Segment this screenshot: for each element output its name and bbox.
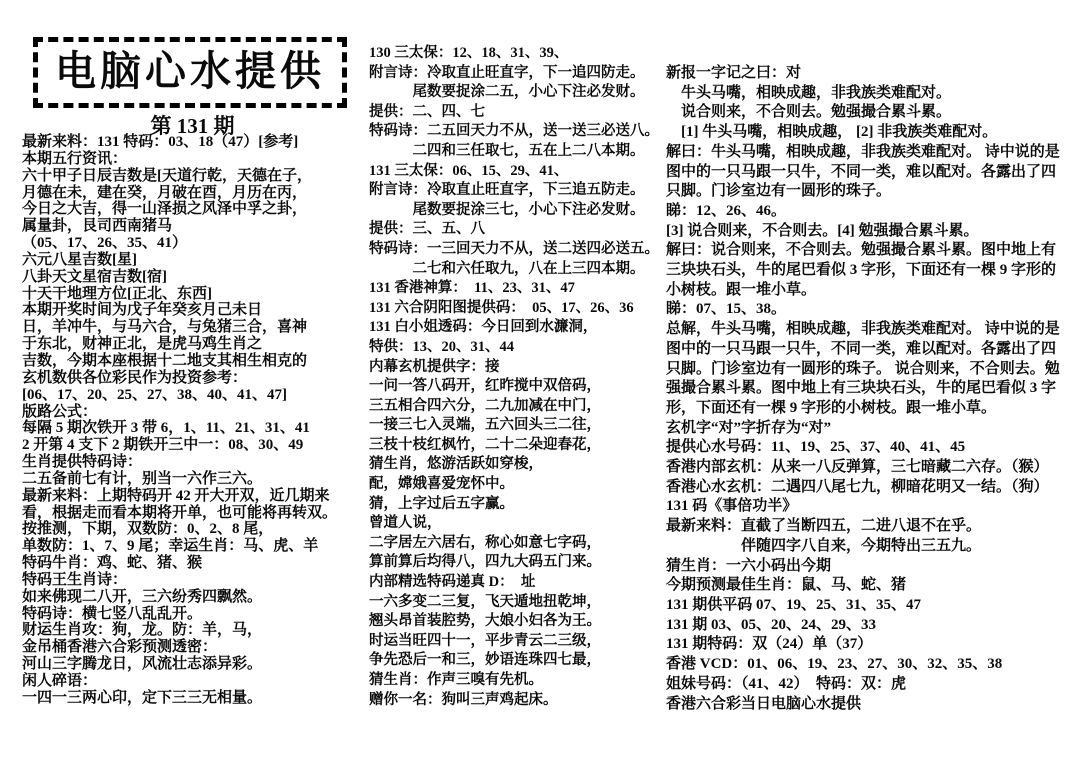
text-line: 二字居左六居右，称心如意七字码， [369, 534, 667, 554]
text-line: 今日之大吉，得一山泽损之风泽中孚之卦， [22, 201, 370, 218]
text-line: [3] 说合则来，不合则去。[4] 勉强撮合累斗累。 [666, 222, 1078, 242]
text-line: 如来佛现二八开，三六纷秀四飘然。 [22, 589, 370, 606]
text-line: 月德在未，建在癸，月破在酉，月历在丙， [22, 185, 370, 202]
text-line: 形，下面还有一棵 9 字形的小树枝。跟一堆小草。 [666, 399, 1078, 419]
text-line: 于东北，财神正北，是虎马鸡生肖之 [22, 336, 370, 353]
text-line: 按推测，下期，双数防：0、2、8 尾， [22, 521, 370, 538]
text-line: 强撮合累斗累。图中地上有三块块石头，牛的尾巴看似 3 字 [666, 379, 1078, 399]
text-line: 一四一三两心印，定下三三无相量。 [22, 690, 370, 707]
text-line: 河山三字腾龙日，风流壮志添异彩。 [22, 656, 370, 673]
text-line: 玄机字“对”字折存为“对” [666, 419, 1078, 439]
text-line: 六元八星吉数[星] [22, 252, 370, 269]
text-line: 三五相合四六分，二九加减在中门， [369, 397, 667, 417]
text-line: 猜，上字过后五字赢。 [369, 495, 667, 515]
text-line: 一接三七入灵端，五六回头三二往， [369, 416, 667, 436]
text-line: 最新来料：131 特码：03、18（47）[参考] [22, 134, 370, 151]
text-line: 内幕玄机提供字：接 [369, 358, 667, 378]
text-line: 二七和六任取九，八在上三四本期。 [369, 260, 667, 280]
text-line: 猜生肖，悠游活跃如穿梭， [369, 455, 667, 475]
left-column: 最新来料：131 特码：03、18（47）[参考]本期五行资讯：六十甲子日辰吉数… [22, 134, 370, 707]
page-title: 电脑心水提供 [55, 48, 325, 94]
text-line: 生肖提供特码诗： [22, 454, 370, 471]
text-line: 姐妹号码：（41、42） 特码：双：虎 [666, 675, 1078, 695]
text-line: 香港六合彩当日电脑心水提供 [666, 695, 1078, 715]
text-line: 131 期 03、05、20、24、29、33 [666, 616, 1078, 636]
text-line: 二五备前七有计，别当一六作三六。 [22, 471, 370, 488]
text-line: 属量卦，艮司西南猪马 [22, 218, 370, 235]
text-line: 特码诗：二五回天力不从，送一送三必送八。 [369, 122, 667, 142]
text-line: 图中的一只马跟一只牛，不同一类，难以配对。各露出了四 [666, 163, 1078, 183]
masthead-box: 电脑心水提供 [33, 37, 347, 108]
text-line: 解曰：牛头马嘴，相映成趣，非我族类难配对。 诗中说的是 [666, 143, 1078, 163]
text-line: 提供：二、四、七 [369, 103, 667, 123]
text-line: 小树枝。跟一堆小草。 [666, 281, 1078, 301]
text-line: 131 期特码：双（24）单（37） [666, 635, 1078, 655]
text-line: 说合则来，不合则去。勉强撮合累斗累。 [666, 103, 1078, 123]
text-line: 131 码《事倍功半》 [666, 497, 1078, 517]
right-column: 新报一字记之曰：对 牛头马嘴，相映成趣，非我族类难配对。 说合则来，不合则去。勉… [666, 64, 1078, 714]
text-line: 香港内部玄机：从来一八反弹算，三七暗藏二六存。（猴） [666, 458, 1078, 478]
text-line: 特码诗：横七竖八乱乱开。 [22, 606, 370, 623]
text-line: 伴随四字八自来，今期特出三五九。 [666, 537, 1078, 557]
text-line: 玄机数供各位彩民作为投资参考： [22, 370, 370, 387]
text-line: 131 期供平码 07、19、25、31、35、47 [666, 596, 1078, 616]
text-line: 特码诗：一三回天力不从，送二送四必送五。 [369, 240, 667, 260]
text-line: 日，羊冲牛，与马六合，与兔猪三合，喜神 [22, 319, 370, 336]
text-line: 最新来料：直截了当断四五，二进八退不在乎。 [666, 517, 1078, 537]
text-line: [06、17、20、25、27、38、40、41、47] [22, 387, 370, 404]
text-line: 三枝十枝红枫竹，二十二朵迎春花， [369, 436, 667, 456]
text-line: 特供：13、20、31、44 [369, 338, 667, 358]
text-line: 尾数要捉涂二五，小心下注必发财。 [369, 83, 667, 103]
text-line: 算前算后均得八，四九大码五门来。 [369, 553, 667, 573]
text-line: 时运当旺四十一，平步青云二三级， [369, 632, 667, 652]
text-line: 图中的一只马跟一只牛，不同一类，难以配对。各露出了四 [666, 340, 1078, 360]
text-line: 香港 VCD：01、06、19、23、27、30、32、35、38 [666, 655, 1078, 675]
text-line: 翘头昂首装腔势，大娘小妇各为王。 [369, 612, 667, 632]
text-line: 一六多变二三复，飞天遁地扭乾坤， [369, 593, 667, 613]
text-line: 三块块石头，牛的尾巴看似 3 字形，下面还有一棵 9 字形的 [666, 261, 1078, 281]
text-line: 金吊桶香港六合彩预测透密： [22, 639, 370, 656]
text-line: 提供：三、五、八 [369, 220, 667, 240]
text-line: 吉数，今期本座根据十二地支其相生相克的 [22, 353, 370, 370]
text-line: 只脚。门诊室边有一圆形的珠子。 [666, 182, 1078, 202]
text-line: 六十甲子日辰吉数是[天道行乾，天德在子， [22, 168, 370, 185]
text-line: 解曰：说合则来，不合则去。勉强撮合累斗累。图中地上有 [666, 241, 1078, 261]
text-line: 特码王生肖诗： [22, 572, 370, 589]
text-line: 每隔 5 期次铁开 3 带 6，1、11、21、31、41 [22, 420, 370, 437]
text-line: 一问一答八码开，红昨搅中双倍码， [369, 377, 667, 397]
text-line: 2 开第 4 支下 2 期铁开三中一：08、30、49 [22, 437, 370, 454]
middle-column: 130 三太保：12、18、31、39、附言诗：冷取直止旺直字，下一追四防走。 … [369, 44, 667, 710]
text-line: 附言诗：冷取直止旺直字，下一追四防走。 [369, 64, 667, 84]
text-line: 看，根据走而看本期将开单，也可能将再转双。 [22, 505, 370, 522]
text-line: 闲人碎语： [22, 673, 370, 690]
text-line: 今期预测最佳生肖：鼠、马、蛇、猪 [666, 576, 1078, 596]
text-line: 只脚。门诊室边有一圆形的珠子。 说合则来，不合则去。勉 [666, 360, 1078, 380]
text-line: 赠你一名：狗叫三声鸡起床。 [369, 691, 667, 711]
text-line: 财运生肖攻：狗，龙。防：羊，马， [22, 622, 370, 639]
text-line: 本期五行资讯： [22, 151, 370, 168]
text-line: 附言诗：冷取直止旺直字，下三追五防走。 [369, 181, 667, 201]
text-line: 猜生肖：一六小码出今期 [666, 557, 1078, 577]
text-line: （05、17、26、35、41） [22, 235, 370, 252]
text-line: 睇：12、26、46。 [666, 202, 1078, 222]
text-line: 十天干地理方位[正北、东西] [22, 286, 370, 303]
text-line: 争先恐后一和三，妙语连珠四七最， [369, 651, 667, 671]
text-line: 131 三太保：06、15、29、41、 [369, 162, 667, 182]
text-line: 版路公式： [22, 404, 370, 421]
text-line: 猜生肖：作声三嗅有先机。 [369, 671, 667, 691]
text-line: 总解，牛头马嘴，相映成趣，非我族类难配对。 诗中说的是 [666, 320, 1078, 340]
text-line: 香港心水玄机：二遇四八尾七九，柳暗花明又一结。（狗） [666, 478, 1078, 498]
text-line: 特码牛肖：鸡、蛇、猪、猴 [22, 555, 370, 572]
lottery-tip-sheet: 电脑心水提供 第 131 期 最新来料：131 特码：03、18（47）[参考]… [0, 0, 1080, 761]
text-line: 130 三太保：12、18、31、39、 [369, 44, 667, 64]
text-line: 配，嫦娥喜爱宠怀中。 [369, 475, 667, 495]
text-line: 牛头马嘴，相映成趣，非我族类难配对。 [666, 84, 1078, 104]
text-line: 曾道人说， [369, 514, 667, 534]
text-line: [1] 牛头马嘴，相映成趣， [2] 非我族类难配对。 [666, 123, 1078, 143]
text-line: 最新来料：上期特码开 42 开大开双，近几期来 [22, 488, 370, 505]
text-line: 131 六合阴阳图提供码： 05、17、26、36 [369, 299, 667, 319]
text-line: 131 香港神算： 11、23、31、47 [369, 279, 667, 299]
text-line: 131 白小姐透码：今日回到水濂洞， [369, 318, 667, 338]
text-line: 本期开奖时间为戊子年癸亥月己未日 [22, 302, 370, 319]
text-line: 新报一字记之曰：对 [666, 64, 1078, 84]
text-line: 睇：07、15、38。 [666, 300, 1078, 320]
text-line: 尾数要捉涂三七，小心下注必发财。 [369, 201, 667, 221]
text-line: 二四和三任取七，五在上二八本期。 [369, 142, 667, 162]
text-line: 单数防：1、7、9 尾；幸运生肖：马、虎、羊 [22, 538, 370, 555]
text-line: 内部精选特码递真 D： 址 [369, 573, 667, 593]
text-line: 提供心水号码：11、19、25、37、40、41、45 [666, 438, 1078, 458]
text-line: 八卦天文星宿吉数[宿] [22, 269, 370, 286]
